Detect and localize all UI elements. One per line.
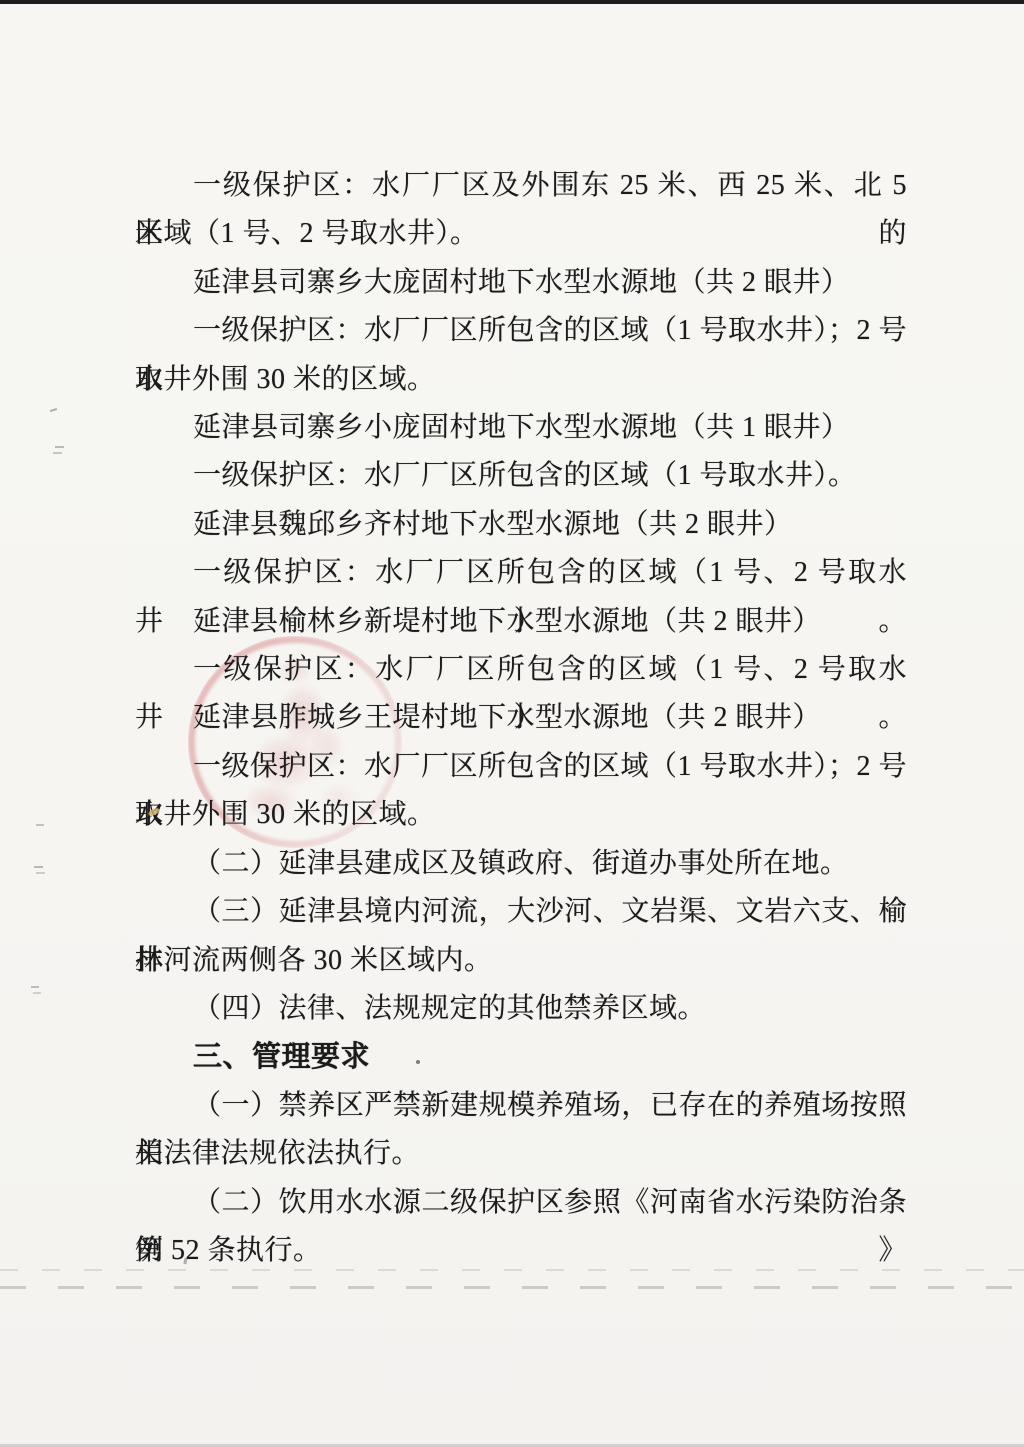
text-line: 延津县司寨乡大庞固村地下水型水源地（共 2 眼井）	[135, 259, 907, 307]
text-line: 关法律法规依法执行。	[135, 1130, 907, 1178]
scan-artifact	[34, 866, 43, 868]
text-line: 排河流两侧各 30 米区域内。	[135, 937, 907, 985]
scan-artifact	[50, 408, 57, 412]
text-line: 延津县司寨乡小庞固村地下水型水源地（共 1 眼井）	[135, 404, 907, 452]
scan-artifact	[36, 824, 44, 826]
text-line: 一级保护区：水厂厂区所包含的区域（1 号取水井）；2 号取	[135, 307, 907, 355]
text-line: （二）延津县建成区及镇政府、街道办事处所在地。	[135, 840, 907, 888]
text-line: 水井外围 30 米的区域。	[135, 356, 907, 404]
text-line: 一级保护区：水厂厂区所包含的区域（1 号、2 号取水井）。	[135, 646, 907, 694]
text-line: （二）饮用水水源二级保护区参照《河南省水污染防治条例》	[135, 1179, 907, 1227]
section-heading: 三、管理要求	[135, 1033, 907, 1081]
text-line: 一级保护区：水厂厂区所包含的区域（1 号取水井）。	[135, 452, 907, 500]
text-line: （四）法律、法规规定的其他禁养区域。	[135, 985, 907, 1033]
document-text-block: 一级保护区：水厂厂区及外围东 25 米、西 25 米、北 5 米的 区域（1 号…	[135, 162, 907, 1275]
text-line: 延津县魏邱乡齐村地下水型水源地（共 2 眼井）	[135, 501, 907, 549]
scan-artifact	[416, 1060, 420, 1064]
text-line: （三）延津县境内河流，大沙河、文岩渠、文岩六支、榆林	[135, 888, 907, 936]
scan-artifact-line	[0, 1286, 1024, 1289]
text-line: 一级保护区：水厂厂区所包含的区域（1 号取水井）；2 号取	[135, 743, 907, 791]
scan-edge-top	[0, 0, 1024, 4]
scan-artifact	[31, 986, 39, 988]
text-line: 延津县榆林乡新堤村地下水型水源地（共 2 眼井）	[135, 598, 907, 646]
text-line: 一级保护区：水厂厂区所包含的区域（1 号、2 号取水井）。	[135, 549, 907, 597]
scan-artifact	[55, 446, 64, 448]
text-line: 一级保护区：水厂厂区及外围东 25 米、西 25 米、北 5 米的	[135, 162, 907, 210]
text-line: 延津县胙城乡王堤村地下水型水源地（共 2 眼井）	[135, 694, 907, 742]
text-line: 水井外围 30 米的区域。	[135, 791, 907, 839]
scan-artifact-line	[0, 1269, 1024, 1271]
document-page: 一级保护区：水厂厂区及外围东 25 米、西 25 米、北 5 米的 区域（1 号…	[0, 0, 1024, 1447]
text-line: （一）禁养区严禁新建规模养殖场，已存在的养殖场按照相	[135, 1082, 907, 1130]
